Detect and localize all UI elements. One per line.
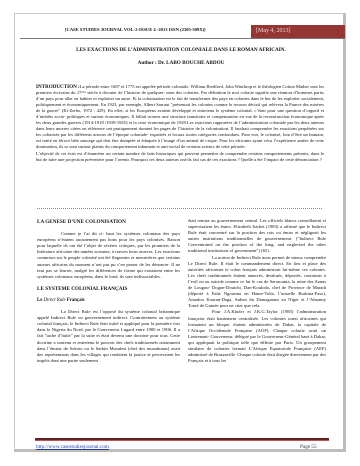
heading-direct-rule-post: Français <box>66 298 85 303</box>
introduction-paragraph-2: L’objectif de cet écrit est d’énumérer u… <box>36 151 324 163</box>
heading-direct-rule-italic: Direct Rule <box>44 298 66 303</box>
document-page: [CASE STUDIES JOURNAL VOL-2-ISSUE 4 -201… <box>14 13 346 452</box>
paragraph-genese: Comme je l’ai dit ci- haut les systèmes … <box>37 231 180 280</box>
paragraph-direct-rule: La Direct Rule est l’opposé du système c… <box>37 309 180 364</box>
paragraph-indirect-rule: était remise au gouvernement central. Le… <box>188 218 326 255</box>
page-number: Page 55 <box>300 444 317 450</box>
introduction-text: La période entre 1607 et 1775 est appelé… <box>36 84 324 149</box>
journal-citation: [CASE STUDIES JOURNAL VOL-2-ISSUE 4 -201… <box>65 27 206 32</box>
introduction-paragraph-1: INTRODUCTION :La période entre 1607 et 1… <box>36 84 324 151</box>
article-author: Author : Dr. LABO BOUCHE ABDOU <box>15 60 347 66</box>
heading-systeme-colonial: LE SYSTEME COLONIAL FRANÇAIS <box>37 286 180 292</box>
footer-rule <box>35 438 329 441</box>
heading-genese: LA GENESE D’UNE COLONISATION <box>37 219 180 225</box>
article-title: LES EXACTIONS DE L’ADMINISTRATION COLONI… <box>15 47 347 53</box>
introduction-section: INTRODUCTION :La période entre 1607 et 1… <box>36 84 324 163</box>
right-column: était remise au gouvernement central. Le… <box>188 218 326 364</box>
section-divider <box>37 208 322 209</box>
paragraph-administration: Pour J.A.Kholer et J.K.G.Taylor (1985) l… <box>188 309 326 364</box>
journal-website-link[interactable]: http://www.casestudiesjournal.com <box>36 444 109 450</box>
running-header: [CASE STUDIES JOURNAL VOL-2-ISSUE 4 -201… <box>20 25 345 39</box>
publication-date-badge: [May 4, 2013] <box>251 25 345 38</box>
paragraph-direct-rule-notion: La notion de Indirect Rule nous permet d… <box>188 255 326 310</box>
left-column: LA GENESE D’UNE COLONISATION Comme je l’… <box>37 219 180 364</box>
heading-direct-rule: Le Direct Rule Français <box>37 298 180 304</box>
